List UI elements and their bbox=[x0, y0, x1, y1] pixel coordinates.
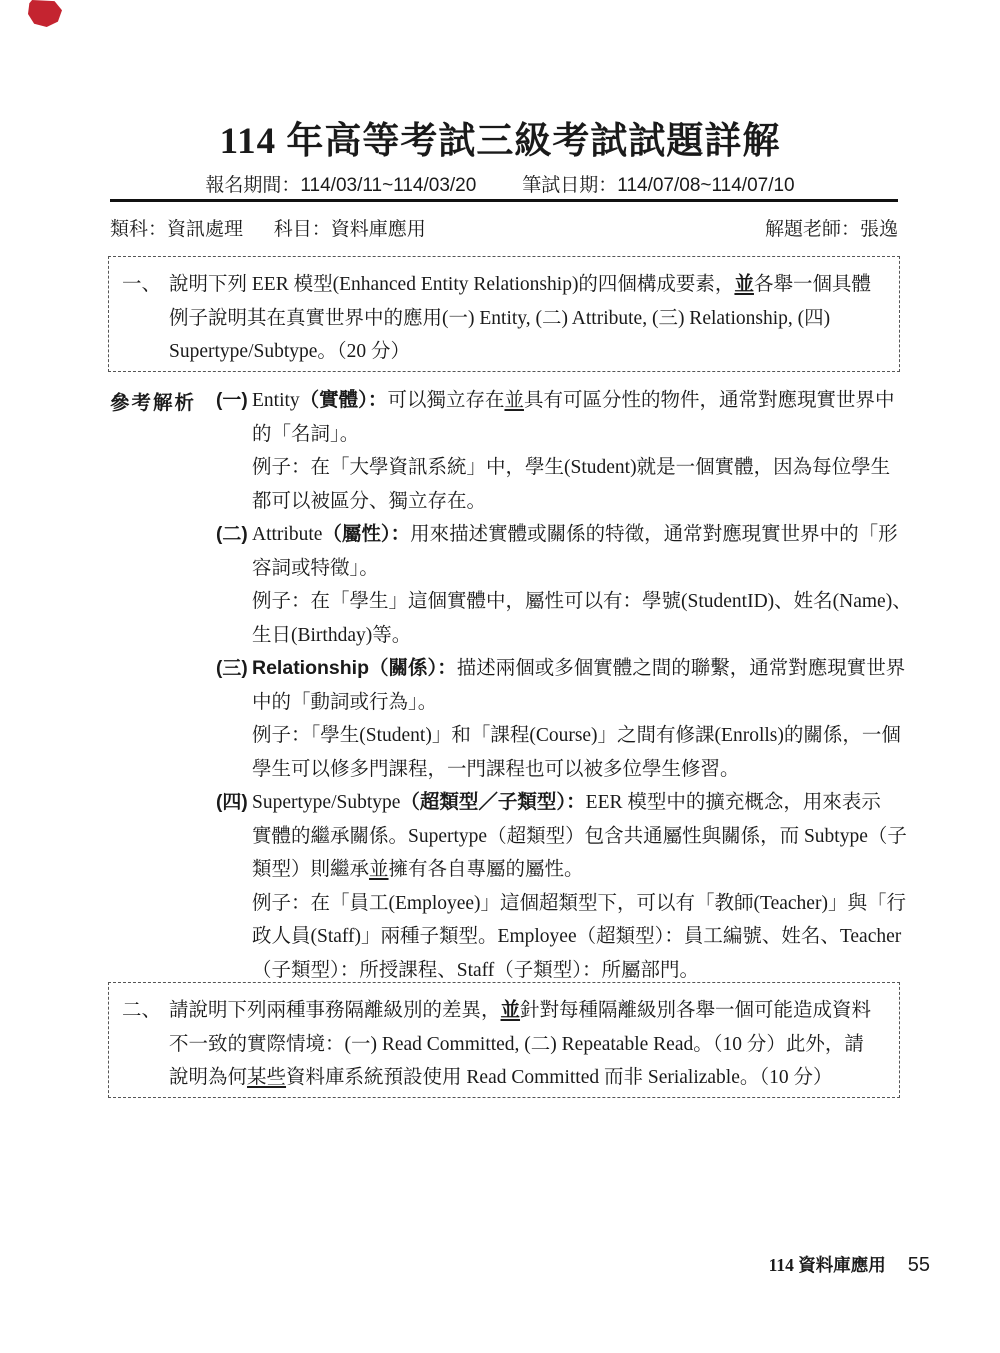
question-1-line: 說明下列 EER 模型(Enhanced Entity Relationship… bbox=[169, 268, 885, 302]
question-1-box: 一、 說明下列 EER 模型(Enhanced Entity Relations… bbox=[108, 256, 900, 372]
solution-line: 例子：在「員工(Employee)」這個超類型下，可以有「教師(Teacher)… bbox=[252, 887, 932, 921]
question-1-number: 一、 bbox=[122, 268, 169, 371]
solution-line: Entity（實體）：可以獨立存在並具有可區分性的物件，通常對應現實世界中 bbox=[252, 384, 932, 418]
meta-left: 類科：資訊處理 科目：資料庫應用 bbox=[110, 214, 426, 241]
written-exam-date: 筆試日期：114/07/08~114/07/10 bbox=[522, 170, 794, 197]
solution-item-relationship: (三) Relationship（關係）：描述兩個或多個實體之間的聯繫，通常對應… bbox=[252, 652, 932, 786]
solution-item-entity: (一) Entity（實體）：可以獨立存在並具有可區分性的物件，通常對應現實世界… bbox=[252, 384, 932, 518]
solution-line: 生日(Birthday)等。 bbox=[252, 619, 932, 653]
item-marker: (二) bbox=[216, 518, 248, 552]
solution-line: 都可以被區分、獨立存在。 bbox=[252, 485, 932, 519]
solution-line: 例子：「學生(Student)」和「課程(Course)」之間有修課(Enrol… bbox=[252, 719, 932, 753]
question-2-line: 說明為何某些資料庫系統預設使用 Read Committed 而非 Serial… bbox=[169, 1061, 885, 1095]
question-2-box: 二、 請說明下列兩種事務隔離級別的差異，並針對每種隔離級別各舉一個可能造成資料 … bbox=[108, 982, 900, 1098]
solution-line: 政人員(Staff)」兩種子類型。Employee（超類型）：員工編號、姓名、T… bbox=[252, 920, 932, 954]
solution-line: Attribute（屬性）：用來描述實體或關係的特徵，通常對應現實世界中的「形 bbox=[252, 518, 932, 552]
question-1-line: 例子說明其在真實世界中的應用(一) Entity, (二) Attribute,… bbox=[169, 302, 885, 336]
solution-line: 實體的繼承關係。Supertype（超類型）包含共通屬性與關係，而 Subtyp… bbox=[252, 820, 932, 854]
solution-line: 中的「動詞或行為」。 bbox=[252, 686, 932, 720]
red-corner-mark bbox=[28, 0, 62, 27]
solution-line: Supertype/Subtype（超類型／子類型）：EER 模型中的擴充概念，… bbox=[252, 786, 932, 820]
question-2-text: 請說明下列兩種事務隔離級別的差異，並針對每種隔離級別各舉一個可能造成資料 不一致… bbox=[169, 994, 885, 1097]
solution-line: 的「名詞」。 bbox=[252, 418, 932, 452]
page-title: 114 年高等考試三級考試試題詳解 bbox=[0, 110, 1000, 164]
item-marker: (四) bbox=[216, 786, 248, 820]
page-footer: 114 資料庫應用 55 bbox=[769, 1252, 930, 1277]
item-marker: (三) bbox=[216, 652, 248, 686]
header-divider bbox=[110, 199, 898, 202]
category-label: 類科：資訊處理 bbox=[110, 219, 243, 240]
solution-body: (一) Entity（實體）：可以獨立存在並具有可區分性的物件，通常對應現實世界… bbox=[252, 384, 932, 987]
solution-line: 例子：在「大學資訊系統」中，學生(Student)就是一個實體，因為每位學生 bbox=[252, 451, 932, 485]
solution-section-label: 參考解析 bbox=[110, 387, 196, 415]
question-1-text: 說明下列 EER 模型(Enhanced Entity Relationship… bbox=[169, 268, 885, 371]
item-marker: (一) bbox=[216, 384, 248, 418]
solution-line: 類型）則繼承並擁有各自專屬的屬性。 bbox=[252, 853, 932, 887]
question-2-number: 二、 bbox=[122, 994, 169, 1097]
solution-line: 學生可以修多門課程，一門課程也可以被多位學生修習。 bbox=[252, 753, 932, 787]
registration-period: 報名期間：114/03/11~114/03/20 bbox=[205, 170, 476, 197]
exam-dates-line: 報名期間：114/03/11~114/03/20 筆試日期：114/07/08~… bbox=[0, 170, 1000, 197]
question-2-line: 請說明下列兩種事務隔離級別的差異，並針對每種隔離級別各舉一個可能造成資料 bbox=[169, 994, 885, 1028]
footer-page-number: 55 bbox=[908, 1254, 930, 1277]
solution-line: Relationship（關係）：描述兩個或多個實體之間的聯繫，通常對應現實世界 bbox=[252, 652, 932, 686]
solver-label: 解題老師：張逸 bbox=[765, 214, 898, 241]
solution-item-supertype-subtype: (四) Supertype/Subtype（超類型／子類型）：EER 模型中的擴… bbox=[252, 786, 932, 987]
solution-line: 例子：在「學生」這個實體中，屬性可以有：學號(StudentID)、姓名(Nam… bbox=[252, 585, 932, 619]
footer-book-label: 114 資料庫應用 bbox=[769, 1252, 886, 1277]
question-2-line: 不一致的實際情境：(一) Read Committed, (二) Repeata… bbox=[169, 1028, 885, 1062]
solution-line: 容詞或特徵」。 bbox=[252, 552, 932, 586]
solution-item-attribute: (二) Attribute（屬性）：用來描述實體或關係的特徵，通常對應現實世界中… bbox=[252, 518, 932, 652]
question-1-line: Supertype/Subtype。（20 分） bbox=[169, 335, 885, 369]
subject-label: 科目：資料庫應用 bbox=[274, 219, 426, 240]
meta-line: 類科：資訊處理 科目：資料庫應用 解題老師：張逸 bbox=[110, 214, 898, 241]
document-page: 114 年高等考試三級考試試題詳解 報名期間：114/03/11~114/03/… bbox=[0, 0, 1000, 1353]
